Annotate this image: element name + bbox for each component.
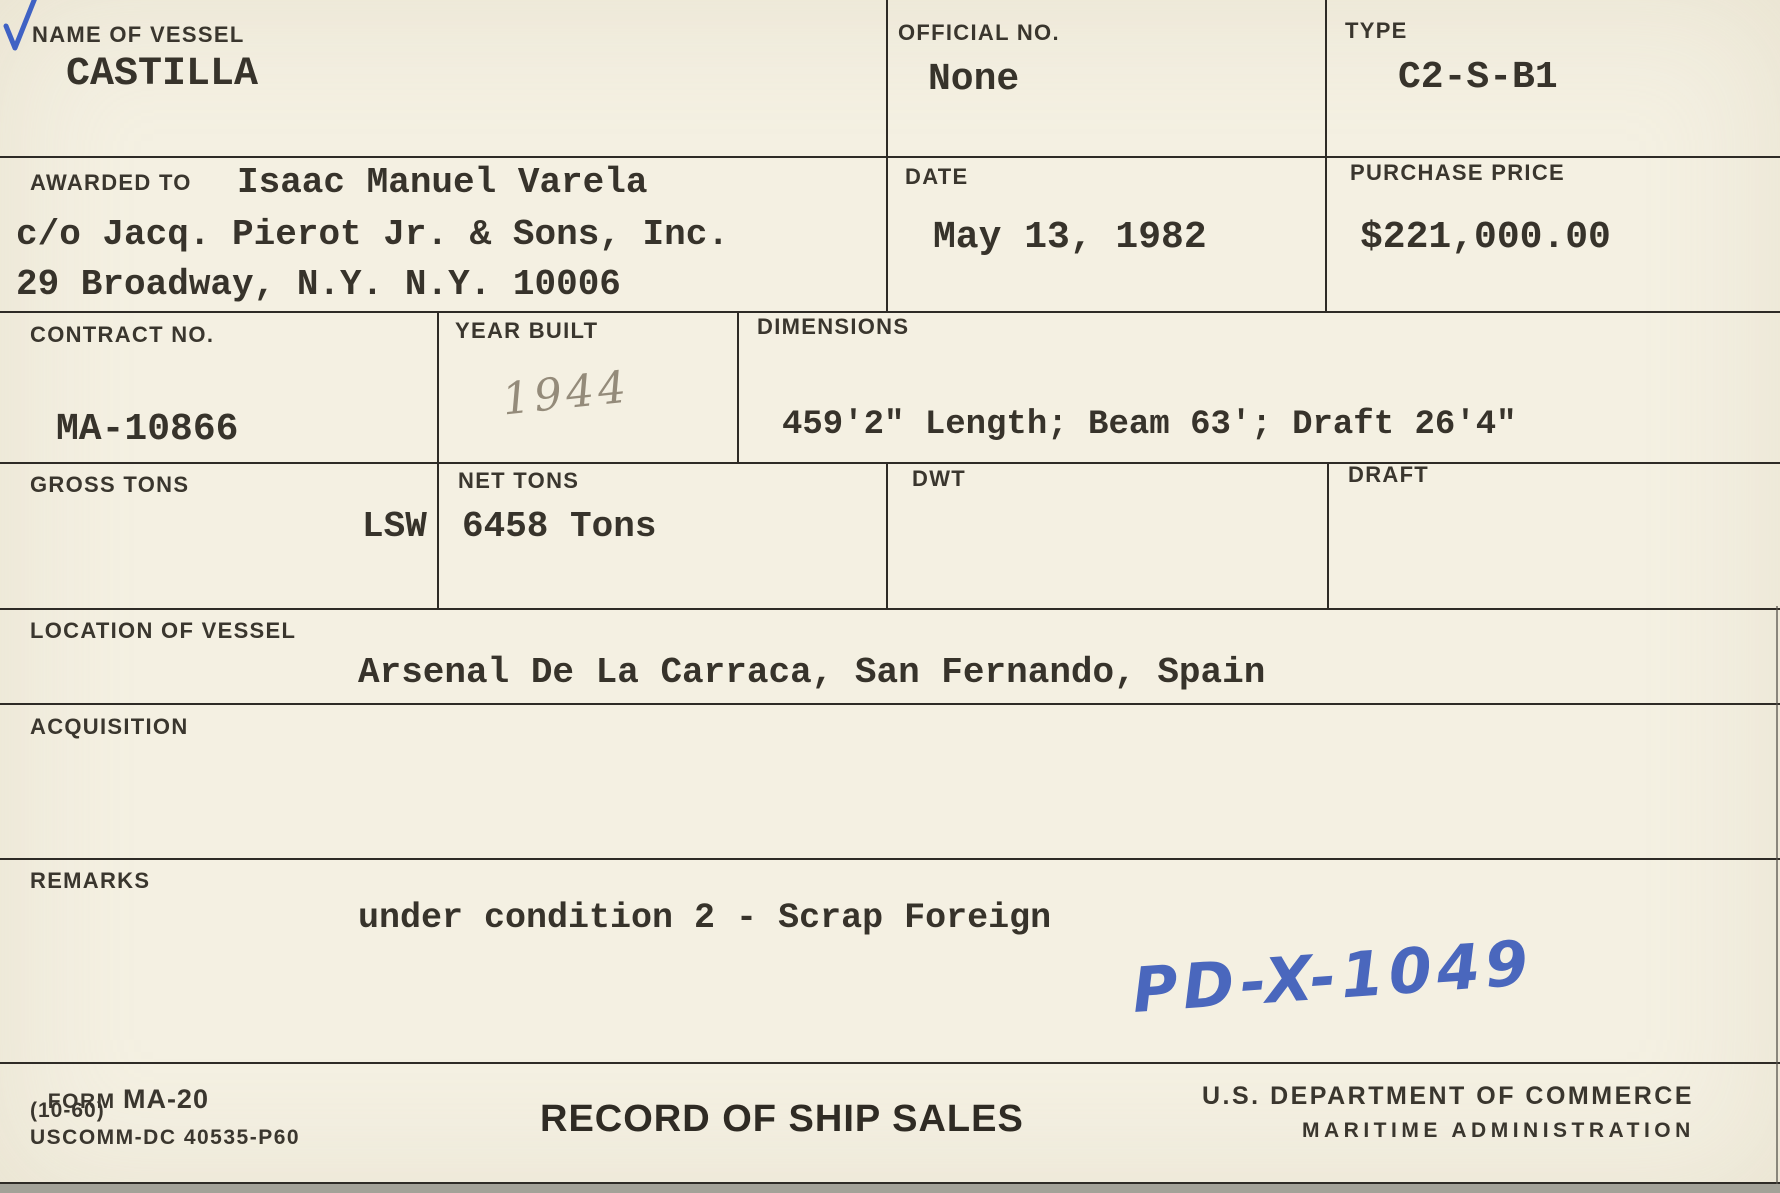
column-divider — [1325, 0, 1327, 311]
field-value-date: May 13, 1982 — [933, 216, 1207, 259]
field-label-contract-no: CONTRACT NO. — [30, 322, 214, 348]
field-label-remarks: REMARKS — [30, 868, 150, 894]
field-value-official-no: None — [928, 58, 1019, 101]
field-label-name-of-vessel: NAME OF VESSEL — [32, 22, 245, 48]
field-label-dimensions: DIMENSIONS — [757, 314, 909, 340]
field-value-remarks: under condition 2 - Scrap Foreign — [358, 898, 1051, 938]
field-label-acquisition: ACQUISITION — [30, 714, 189, 740]
field-value-year-built-handwritten: 1944 — [500, 361, 633, 425]
field-value-location-of-vessel: Arsenal De La Carraca, San Fernando, Spa… — [358, 652, 1265, 693]
row-divider — [0, 703, 1780, 705]
column-divider — [437, 311, 439, 608]
row-divider — [0, 462, 1780, 464]
field-label-gross-tons: GROSS TONS — [30, 472, 189, 498]
field-value-name-of-vessel: CASTILLA — [66, 52, 258, 97]
form-revision: (10-60) — [30, 1099, 105, 1123]
field-value-awarded-to-address: 29 Broadway, N.Y. N.Y. 10006 — [16, 264, 621, 305]
field-label-net-tons: NET TONS — [458, 468, 579, 494]
field-value-purchase-price: $221,000.00 — [1360, 216, 1611, 259]
field-value-net-tons: 6458 Tons — [462, 506, 656, 547]
column-divider — [886, 0, 888, 311]
field-label-official-no: OFFICIAL NO. — [898, 20, 1060, 46]
form-title: RECORD OF SHIP SALES — [540, 1098, 1024, 1141]
agency-name: U.S. DEPARTMENT OF COMMERCE — [1202, 1082, 1694, 1111]
record-of-ship-sales-card: NAME OF VESSEL CASTILLA OFFICIAL NO. Non… — [0, 0, 1780, 1193]
field-label-type: TYPE — [1345, 18, 1408, 44]
handwritten-reference-number: PD-X-1049 — [1130, 926, 1535, 1027]
field-value-awarded-to-careof: c/o Jacq. Pierot Jr. & Sons, Inc. — [16, 214, 729, 255]
scan-bottom-shadow — [0, 1184, 1780, 1193]
agency-subname: MARITIME ADMINISTRATION — [1302, 1119, 1695, 1143]
column-divider — [737, 311, 739, 462]
row-divider — [0, 311, 1780, 313]
field-value-gross-tons-lsw: LSW — [362, 506, 427, 547]
field-value-dimensions: 459'2" Length; Beam 63'; Draft 26'4" — [782, 406, 1517, 444]
field-label-dwt: DWT — [912, 466, 966, 492]
row-divider — [0, 156, 1780, 158]
field-label-awarded-to: AWARDED TO — [30, 170, 192, 196]
row-divider — [0, 608, 1780, 610]
field-label-purchase-price: PURCHASE PRICE — [1350, 160, 1565, 186]
field-label-location-of-vessel: LOCATION OF VESSEL — [30, 618, 296, 644]
row-divider — [0, 1062, 1780, 1064]
scan-edge-line — [1776, 606, 1778, 1184]
field-label-date: DATE — [905, 164, 968, 190]
field-value-awarded-to-name: Isaac Manuel Varela — [237, 162, 647, 203]
form-number: MA-20 — [123, 1084, 209, 1114]
field-value-type: C2-S-B1 — [1398, 56, 1558, 99]
field-label-draft: DRAFT — [1348, 462, 1429, 488]
field-label-year-built: YEAR BUILT — [455, 318, 598, 344]
row-divider — [0, 858, 1780, 860]
column-divider — [1327, 462, 1329, 608]
field-value-contract-no: MA-10866 — [56, 408, 238, 451]
column-divider — [886, 462, 888, 608]
print-code: USCOMM-DC 40535-P60 — [30, 1126, 300, 1150]
